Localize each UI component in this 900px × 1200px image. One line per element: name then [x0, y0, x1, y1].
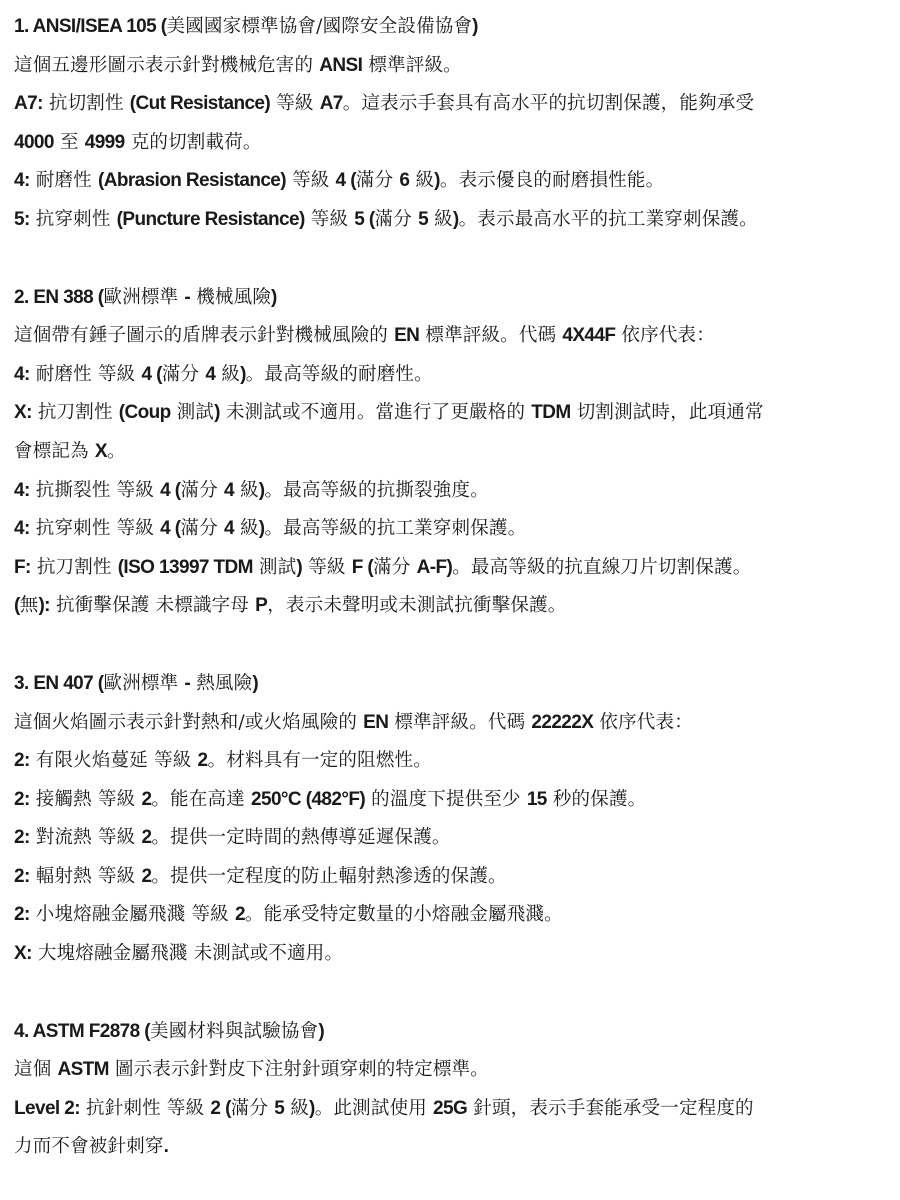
text-run: 抗切割性: [43, 93, 130, 114]
text-run: 。這表示手套具有高水平的抗切割保護，能夠承受: [343, 93, 754, 114]
bold-run: EN: [394, 325, 419, 346]
bold-run: 2:: [14, 904, 30, 925]
bold-run: A7:: [14, 93, 43, 114]
text-run: 會標記為: [14, 441, 95, 462]
text-run: 這個: [14, 1059, 57, 1080]
section-astm-f2878: 4. ASTM F2878 (美國材料與試驗協會)這個 ASTM 圖示表示針對皮…: [14, 1013, 900, 1167]
text-run: 的溫度下提供至少: [365, 789, 527, 810]
bold-run: 4:: [14, 518, 30, 539]
bold-run: Level 2:: [14, 1098, 80, 1119]
text-run: 秒的保護。: [547, 789, 647, 810]
text-run: 級: [409, 170, 434, 191]
text-run: 標準評級。代碼: [388, 712, 531, 733]
bold-run: 4: [224, 518, 234, 539]
bold-run: 2: [141, 827, 151, 848]
paragraph-line: 這個火焰圖示表示針對熱和/或火焰風險的 EN 標準評級。代碼 22222X 依序…: [14, 704, 900, 743]
text-run: 小塊熔融金屬飛濺 等級: [30, 904, 235, 925]
text-run: 抗撕裂性 等級: [30, 480, 160, 501]
bold-run: 2: [141, 789, 151, 810]
bold-run: ): [318, 1021, 324, 1042]
section-heading: 1. ANSI/ISEA 105 (美國國家標準協會/國際安全設備協會): [14, 8, 900, 47]
text-run: 。能承受特定數量的小熔融金屬飛濺。: [245, 904, 563, 925]
text-run: 抗刀割性: [31, 557, 118, 578]
text-run: 切割測試時，此項通常: [571, 402, 764, 423]
text-run: 抗針刺性 等級: [80, 1098, 210, 1119]
bold-run: (ISO 13997 TDM: [118, 557, 253, 578]
paragraph-line: Level 2: 抗針刺性 等級 2 (滿分 5 級)。此測試使用 25G 針頭…: [14, 1090, 900, 1129]
text-run: 測試: [253, 557, 296, 578]
paragraph-line: 2: 對流熱 等級 2。提供一定時間的熱傳導延遲保護。: [14, 819, 900, 858]
text-run: 接觸熱 等級: [30, 789, 142, 810]
bold-run: 4. ASTM F2878 (: [14, 1021, 150, 1042]
bold-run: 4 (: [160, 480, 180, 501]
text-run: 。能在高達: [151, 789, 251, 810]
bold-run: 4 (: [160, 518, 180, 539]
text-run: 圖示表示針對皮下注射針頭穿刺的特定標準。: [109, 1059, 489, 1080]
text-run: 滿分: [231, 1098, 274, 1119]
paragraph-line: 4: 耐磨性 (Abrasion Resistance) 等級 4 (滿分 6 …: [14, 162, 900, 201]
text-run: 滿分: [356, 170, 399, 191]
text-run: 大塊熔融金屬飛濺 未測試或不適用。: [32, 943, 343, 964]
bold-run: A7: [320, 93, 343, 114]
text-run: 耐磨性 等級: [30, 364, 142, 385]
paragraph-line: 2: 輻射熱 等級 2。提供一定程度的防止輻射熱滲透的保護。: [14, 858, 900, 897]
text-run: 級: [428, 209, 453, 230]
bold-run: 2:: [14, 789, 30, 810]
bold-run: ): [472, 16, 478, 37]
text-run: 滿分: [181, 518, 224, 539]
text-run: 至: [54, 132, 85, 153]
text-run: 力而不會被針刺穿: [14, 1136, 164, 1157]
text-run: 未測試或不適用。當進行了更嚴格的: [220, 402, 531, 423]
paragraph-line: 2: 接觸熱 等級 2。能在高達 250°C (482°F) 的溫度下提供至少 …: [14, 781, 900, 820]
bold-run: A-F): [417, 557, 453, 578]
text-run: 抗衝擊保護 未標識字母: [50, 595, 255, 616]
bold-run: 5:: [14, 209, 30, 230]
text-run: 。最高等級的抗工業穿刺保護。: [265, 518, 527, 539]
text-run: 。材料具有一定的阻燃性。: [208, 750, 432, 771]
text-run: 機械風險: [190, 287, 271, 308]
paragraph-line: 2: 有限火焰蔓延 等級 2。材料具有一定的阻燃性。: [14, 742, 900, 781]
text-run: 無: [20, 595, 39, 616]
text-run: 這個帶有錘子圖示的盾牌表示針對機械風險的: [14, 325, 394, 346]
bold-run: 2:: [14, 750, 30, 771]
bold-run: 250°C (482°F): [251, 789, 365, 810]
bold-run: 4000: [14, 132, 54, 153]
text-run: 對流熱 等級: [30, 827, 142, 848]
bold-run: 4: [205, 364, 215, 385]
paragraph-line: 這個五邊形圖示表示針對機械危害的 ANSI 標準評級。: [14, 47, 900, 86]
bold-run: EN: [363, 712, 388, 733]
text-run: 有限火焰蔓延 等級: [30, 750, 198, 771]
text-run: 。表示最高水平的抗工業穿刺保護。: [459, 209, 758, 230]
text-run: 等級: [302, 557, 352, 578]
bold-run: (Abrasion Resistance): [98, 170, 286, 191]
text-run: 。最高等級的抗撕裂強度。: [265, 480, 489, 501]
bold-run: 6: [399, 170, 409, 191]
bold-run: P: [255, 595, 267, 616]
text-run: 級: [234, 518, 259, 539]
bold-run: (Puncture Resistance): [117, 209, 305, 230]
bold-run: (Cut Resistance): [130, 93, 270, 114]
bold-run: 25G: [433, 1098, 467, 1119]
bold-run: 2: [235, 904, 245, 925]
paragraph-line: 4: 耐磨性 等級 4 (滿分 4 級)。最高等級的耐磨性。: [14, 356, 900, 395]
bold-run: 2:: [14, 866, 30, 887]
bold-run: 22222X: [531, 712, 593, 733]
bold-run: (Coup: [119, 402, 171, 423]
bold-run: ASTM: [57, 1059, 108, 1080]
text-run: 標準評級。代碼: [419, 325, 562, 346]
text-run: 這個火焰圖示表示針對熱和/或火焰風險的: [14, 712, 363, 733]
bold-run: 4X44F: [562, 325, 615, 346]
paragraph-line: 5: 抗穿刺性 (Puncture Resistance) 等級 5 (滿分 5…: [14, 201, 900, 240]
text-run: 克的切割載荷。: [125, 132, 262, 153]
bold-run: ANSI: [319, 55, 362, 76]
paragraph-line: 會標記為 X。: [14, 433, 900, 472]
text-run: 抗穿刺性: [30, 209, 117, 230]
document-body: 1. ANSI/ISEA 105 (美國國家標準協會/國際安全設備協會)這個五邊…: [0, 0, 900, 1167]
bold-run: ): [271, 287, 277, 308]
text-run: 等級: [286, 170, 336, 191]
text-run: 滿分: [162, 364, 205, 385]
text-run: ，表示未聲明或未測試抗衝擊保護。: [267, 595, 566, 616]
paragraph-line: A7: 抗切割性 (Cut Resistance) 等級 A7。這表示手套具有高…: [14, 85, 900, 124]
text-run: 滿分: [373, 557, 416, 578]
text-run: 。: [107, 441, 126, 462]
text-run: 抗穿刺性 等級: [30, 518, 160, 539]
bold-run: 2: [141, 866, 151, 887]
bold-run: ):: [38, 595, 49, 616]
bold-run: 3. EN 407 (: [14, 673, 104, 694]
text-run: 抗刀割性: [32, 402, 119, 423]
paragraph-line: (無): 抗衝擊保護 未標識字母 P，表示未聲明或未測試抗衝擊保護。: [14, 587, 900, 626]
text-run: 美國國家標準協會/國際安全設備協會: [167, 16, 473, 37]
text-run: 依序代表：: [593, 712, 693, 733]
text-run: 級: [215, 364, 240, 385]
text-run: 針頭，表示手套能承受一定程度的: [467, 1098, 754, 1119]
section-heading: 3. EN 407 (歐洲標準 - 熱風險): [14, 665, 900, 704]
bold-run: F (: [352, 557, 373, 578]
text-run: 標準評級。: [362, 55, 462, 76]
text-run: 。提供一定程度的防止輻射熱滲透的保護。: [151, 866, 506, 887]
bold-run: 4:: [14, 364, 30, 385]
bold-run: X: [95, 441, 107, 462]
bold-run: 15: [527, 789, 547, 810]
text-run: 。此測試使用: [315, 1098, 433, 1119]
paragraph-line: 4000 至 4999 克的切割載荷。: [14, 124, 900, 163]
bold-run: 4999: [85, 132, 125, 153]
paragraph-line: 4: 抗穿刺性 等級 4 (滿分 4 級)。最高等級的抗工業穿刺保護。: [14, 510, 900, 549]
text-run: 測試: [171, 402, 214, 423]
text-run: 滿分: [375, 209, 418, 230]
bold-run: 4:: [14, 480, 30, 501]
text-run: 級: [234, 480, 259, 501]
text-run: 。表示優良的耐磨損性能。: [440, 170, 664, 191]
bold-run: 2: [198, 750, 208, 771]
paragraph-line: F: 抗刀割性 (ISO 13997 TDM 測試) 等級 F (滿分 A-F)…: [14, 549, 900, 588]
text-run: 等級: [270, 93, 320, 114]
text-run: 歐洲標準: [104, 673, 185, 694]
text-run: 。提供一定時間的熱傳導延遲保護。: [151, 827, 450, 848]
text-run: 滿分: [181, 480, 224, 501]
bold-run: TDM: [531, 402, 570, 423]
bold-run: ): [252, 673, 258, 694]
text-run: 。最高等級的耐磨性。: [246, 364, 433, 385]
text-run: 級: [284, 1098, 309, 1119]
section-heading: 2. EN 388 (歐洲標準 - 機械風險): [14, 279, 900, 318]
bold-run: X:: [14, 943, 32, 964]
section-en-407: 3. EN 407 (歐洲標準 - 熱風險)這個火焰圖示表示針對熱和/或火焰風險…: [14, 665, 900, 974]
section-en-388: 2. EN 388 (歐洲標準 - 機械風險)這個帶有錘子圖示的盾牌表示針對機械…: [14, 279, 900, 626]
paragraph-line: 2: 小塊熔融金屬飛濺 等級 2。能承受特定數量的小熔融金屬飛濺。: [14, 896, 900, 935]
text-run: 這個五邊形圖示表示針對機械危害的: [14, 55, 319, 76]
text-run: 等級: [305, 209, 355, 230]
paragraph-line: X: 抗刀割性 (Coup 測試) 未測試或不適用。當進行了更嚴格的 TDM 切…: [14, 394, 900, 433]
section-ansi-isea-105: 1. ANSI/ISEA 105 (美國國家標準協會/國際安全設備協會)這個五邊…: [14, 8, 900, 240]
bold-run: 2 (: [210, 1098, 230, 1119]
bold-run: F:: [14, 557, 31, 578]
bold-run: .: [164, 1136, 169, 1157]
paragraph-line: 這個 ASTM 圖示表示針對皮下注射針頭穿刺的特定標準。: [14, 1051, 900, 1090]
bold-run: 4: [224, 480, 234, 501]
text-run: 耐磨性: [30, 170, 98, 191]
bold-run: 2:: [14, 827, 30, 848]
bold-run: 5: [418, 209, 428, 230]
paragraph-line: 力而不會被針刺穿.: [14, 1128, 900, 1167]
text-run: 。最高等級的抗直線刀片切割保護。: [452, 557, 751, 578]
bold-run: 4 (: [141, 364, 161, 385]
bold-run: 5 (: [354, 209, 374, 230]
text-run: 美國材料與試驗協會: [150, 1021, 318, 1042]
bold-run: 4:: [14, 170, 30, 191]
paragraph-line: 4: 抗撕裂性 等級 4 (滿分 4 級)。最高等級的抗撕裂強度。: [14, 472, 900, 511]
text-run: 歐洲標準: [104, 287, 185, 308]
paragraph-line: X: 大塊熔融金屬飛濺 未測試或不適用。: [14, 935, 900, 974]
section-heading: 4. ASTM F2878 (美國材料與試驗協會): [14, 1013, 900, 1052]
text-run: 依序代表：: [615, 325, 715, 346]
bold-run: 4 (: [336, 170, 356, 191]
bold-run: X:: [14, 402, 32, 423]
bold-run: 1. ANSI/ISEA 105 (: [14, 16, 167, 37]
text-run: 輻射熱 等級: [30, 866, 142, 887]
text-run: 熱風險: [190, 673, 252, 694]
bold-run: 5: [274, 1098, 284, 1119]
paragraph-line: 這個帶有錘子圖示的盾牌表示針對機械風險的 EN 標準評級。代碼 4X44F 依序…: [14, 317, 900, 356]
bold-run: 2. EN 388 (: [14, 287, 104, 308]
